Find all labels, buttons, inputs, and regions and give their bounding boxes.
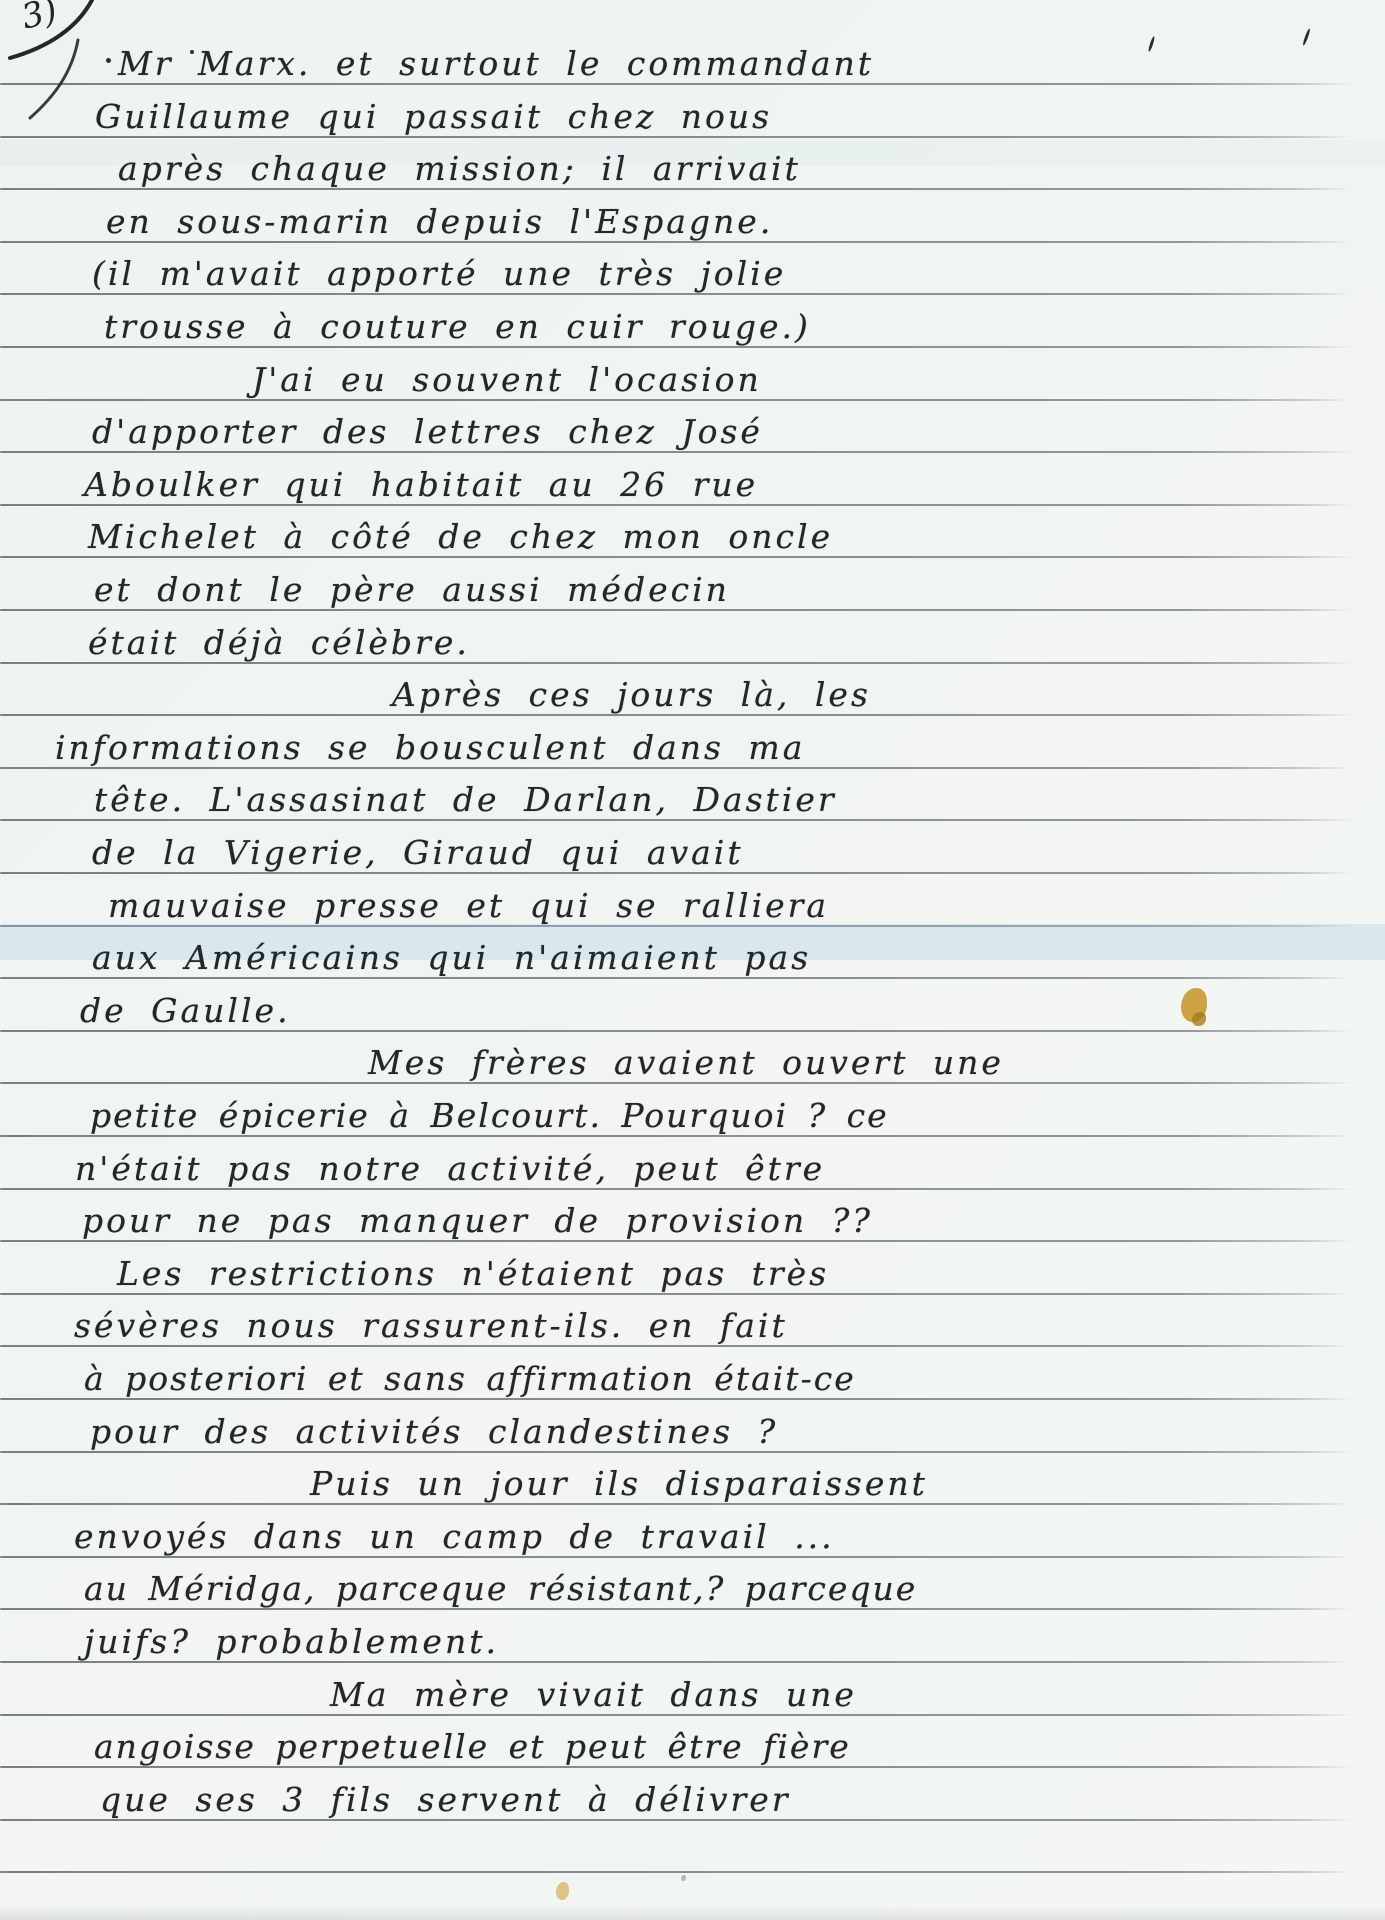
scan-edge-shadow (0, 1906, 1385, 1920)
handwritten-line: et dont le père aussi médecin (94, 567, 730, 613)
handwritten-line: sévères nous rassurent-ils. en fait (74, 1303, 788, 1349)
handwritten-line: Guillaume qui passait chez nous (95, 94, 772, 140)
handwritten-line: Après ces jours là, les (392, 672, 871, 718)
handwritten-line: au Méridga, parceque résistant,? parcequ… (84, 1566, 917, 1612)
handwritten-line: que ses 3 fils servent à délivrer (100, 1777, 791, 1823)
pen-mark (190, 50, 194, 54)
pen-mark (1148, 36, 1156, 52)
handwritten-line: après chaque mission; il arrivait (118, 146, 801, 192)
handwritten-line: trousse à couture en cuir rouge.) (104, 304, 811, 350)
handwritten-line: informations se bousculent dans ma (55, 725, 805, 771)
handwritten-line: J'ai eu souvent l'ocasion (252, 357, 762, 403)
handwritten-line: Puis un jour ils disparaissent (310, 1461, 928, 1507)
handwritten-line: mauvaise presse et qui se ralliera (108, 883, 829, 929)
handwritten-line: était déjà célèbre. (88, 620, 470, 666)
handwritten-line: Aboulker qui habitait au 26 rue (84, 462, 758, 508)
handwritten-line: en sous-marin depuis l'Espagne. (106, 199, 773, 245)
handwritten-line: pour ne pas manquer de provision ?? (82, 1198, 873, 1244)
handwritten-line: pour des activités clandestines ? (90, 1409, 778, 1455)
handwritten-line: (il m'avait apporté une très jolie (92, 251, 786, 297)
ruled-line (0, 1871, 1352, 1873)
paper-stain (1192, 1012, 1206, 1026)
pen-mark (106, 58, 111, 63)
handwritten-line: angoisse perpetuelle et peut être fière (94, 1724, 851, 1770)
handwritten-line: n'était pas notre activité, peut être (75, 1146, 825, 1192)
handwritten-line: Mes frères avaient ouvert une (368, 1040, 1004, 1086)
pen-mark (1302, 28, 1311, 46)
paper-stain (556, 1882, 569, 1900)
handwritten-line: Michelet à côté de chez mon oncle (88, 514, 833, 560)
paper-stain (681, 1875, 686, 1881)
handwritten-line: aux Américains qui n'aimaient pas (92, 935, 811, 981)
handwritten-line: Mr Marx. et surtout le commandant (118, 41, 874, 87)
handwritten-line: à posteriori et sans affirmation était-c… (84, 1356, 856, 1402)
handwritten-line: Ma mère vivait dans une (330, 1672, 857, 1718)
handwritten-line: petite épicerie à Belcourt. Pourquoi ? c… (90, 1093, 889, 1139)
manuscript-page: 3) Mr Marx. et surtout le commandantGuil… (0, 0, 1385, 1920)
handwritten-line: juifs? probablement. (84, 1619, 499, 1665)
handwritten-line: de la Vigerie, Giraud qui avait (92, 830, 744, 876)
handwritten-line: d'apporter des lettres chez José (92, 409, 763, 455)
handwritten-line: envoyés dans un camp de travail ... (74, 1514, 835, 1560)
handwritten-line: de Gaulle. (80, 988, 291, 1034)
handwritten-line: Les restrictions n'étaient pas très (117, 1251, 829, 1297)
handwritten-line: tête. L'assasinat de Darlan, Dastier (94, 777, 837, 823)
